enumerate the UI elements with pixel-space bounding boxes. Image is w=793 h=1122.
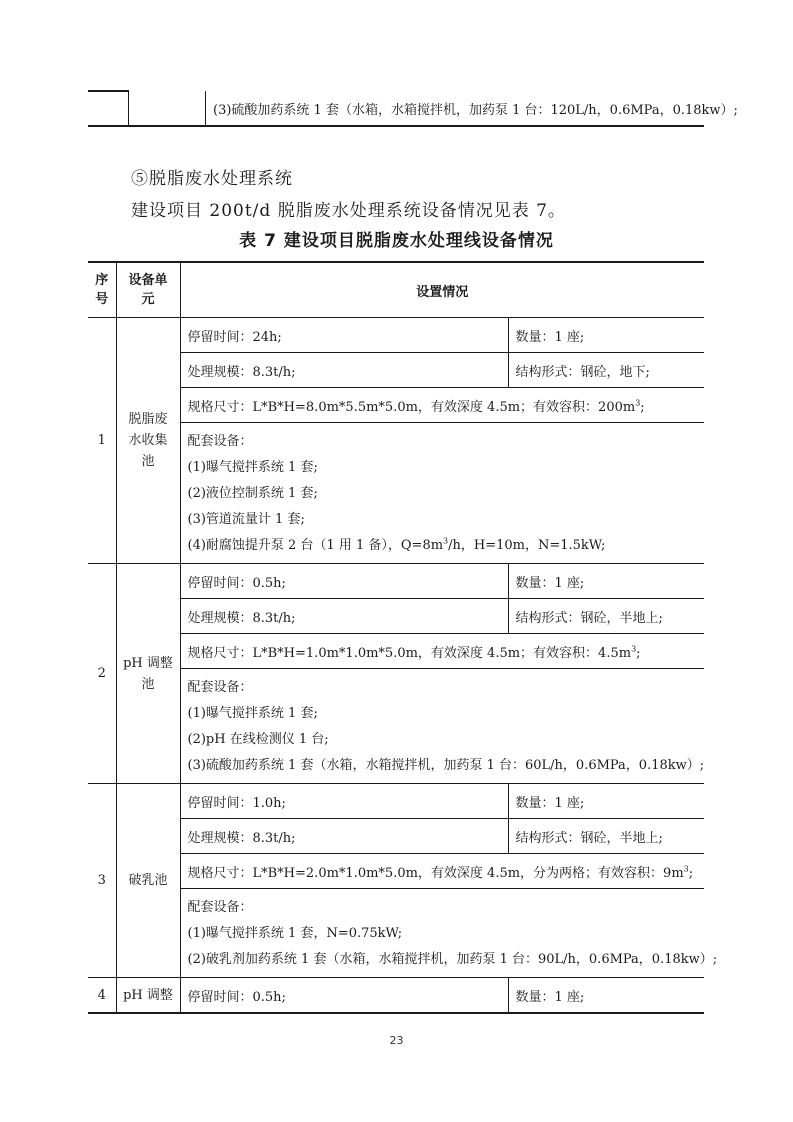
header-unit-line1: 设备单 xyxy=(117,271,180,290)
quantity: 数量：1 座; xyxy=(508,318,704,353)
residence-time: 停留时间：0.5h; xyxy=(180,978,508,1014)
unit-name: 破乳池 xyxy=(116,784,180,978)
quantity: 数量：1 座; xyxy=(508,564,704,599)
unit-no: 2 xyxy=(88,564,116,784)
equipment-item: (1)曝气搅拌系统 1 套; xyxy=(188,455,705,481)
table-row: 配套设备： (1)曝气搅拌系统 1 套，N=0.75kW; (2)破乳剂加药系统… xyxy=(88,889,704,978)
table-row: 3 破乳池 停留时间：1.0h; 数量：1 座; xyxy=(88,784,704,819)
unit-name-line: 池 xyxy=(117,674,180,695)
quantity: 数量：1 座; xyxy=(508,978,704,1014)
section-paragraph: 建设项目 200t/d 脱脂废水处理系统设备情况见表 7。 xyxy=(131,196,566,221)
header-no-line2: 号 xyxy=(88,290,116,309)
equipment-item: (2)破乳剂加药系统 1 套（水箱，水箱搅拌机，加药泵 1 台：90L/h，0.… xyxy=(188,947,705,973)
structure: 结构形式：钢砼，半地上; xyxy=(508,819,704,854)
structure: 结构形式：钢砼，地下; xyxy=(508,353,704,388)
dimensions-text: 规格尺寸：L*B*H=1.0m*1.0m*5.0m，有效深度 4.5m；有效容积… xyxy=(188,646,632,661)
equipment-title: 配套设备： xyxy=(188,675,705,701)
equipment-title: 配套设备： xyxy=(188,429,705,455)
table-row: 配套设备： (1)曝气搅拌系统 1 套; (2)pH 在线检测仪 1 台; (3… xyxy=(88,669,704,784)
dimensions-suffix: ; xyxy=(689,866,693,881)
unit-no: 1 xyxy=(88,318,116,564)
equipment-item: (2)pH 在线检测仪 1 台; xyxy=(188,727,705,753)
table-row: 规格尺寸：L*B*H=8.0m*5.5m*5.0m，有效深度 4.5m；有效容积… xyxy=(88,388,704,423)
unit-name-line: pH 调整 xyxy=(117,985,180,1006)
table-caption: 表 7 建设项目脱脂废水处理线设备情况 xyxy=(0,226,793,251)
quantity: 数量：1 座; xyxy=(508,784,704,819)
section-heading: ⑤脱脂废水处理系统 xyxy=(131,164,293,189)
header-settings: 设置情况 xyxy=(180,262,704,318)
unit-name: 脱脂废 水收集 池 xyxy=(116,318,180,564)
unit-no: 3 xyxy=(88,784,116,978)
dimensions: 规格尺寸：L*B*H=8.0m*5.5m*5.0m，有效深度 4.5m；有效容积… xyxy=(180,388,704,423)
equipment-list: 配套设备： (1)曝气搅拌系统 1 套; (2)pH 在线检测仪 1 台; (3… xyxy=(180,669,704,784)
residence-time: 停留时间：1.0h; xyxy=(180,784,508,819)
continuation-text-cell: (3)硫酸加药系统 1 套（水箱，水箱搅拌机，加药泵 1 台：120L/h，0.… xyxy=(206,91,705,126)
table-row: 处理规模：8.3t/h; 结构形式：钢砼，半地上; xyxy=(88,819,704,854)
header-unit-line2: 元 xyxy=(117,290,180,309)
unit-name-line: 池 xyxy=(117,451,180,472)
table-row: 处理规模：8.3t/h; 结构形式：钢砼，地下; xyxy=(88,353,704,388)
dimensions-suffix: ; xyxy=(640,400,644,415)
continuation-table: (3)硫酸加药系统 1 套（水箱，水箱搅拌机，加药泵 1 台：120L/h，0.… xyxy=(88,90,704,127)
table-row: 规格尺寸：L*B*H=1.0m*1.0m*5.0m，有效深度 4.5m；有效容积… xyxy=(88,634,704,669)
equipment-item: (3)管道流量计 1 套; xyxy=(188,507,705,533)
capacity: 处理规模：8.3t/h; xyxy=(180,819,508,854)
dimensions: 规格尺寸：L*B*H=2.0m*1.0m*5.0m，有效深度 4.5m，分为两格… xyxy=(180,854,704,889)
unit-no: 4 xyxy=(88,978,116,1014)
dimensions: 规格尺寸：L*B*H=1.0m*1.0m*5.0m，有效深度 4.5m；有效容积… xyxy=(180,634,704,669)
equipment-item: (1)曝气搅拌系统 1 套; xyxy=(188,701,705,727)
continuation-row: (3)硫酸加药系统 1 套（水箱，水箱搅拌机，加药泵 1 台：120L/h，0.… xyxy=(88,91,704,126)
equipment-list: 配套设备： (1)曝气搅拌系统 1 套，N=0.75kW; (2)破乳剂加药系统… xyxy=(180,889,704,978)
dimensions-text: 规格尺寸：L*B*H=8.0m*5.5m*5.0m，有效深度 4.5m；有效容积… xyxy=(188,400,636,415)
table-row: 2 pH 调整 池 停留时间：0.5h; 数量：1 座; xyxy=(88,564,704,599)
dimensions-text: 规格尺寸：L*B*H=2.0m*1.0m*5.0m，有效深度 4.5m，分为两格… xyxy=(188,866,684,881)
header-no: 序 号 xyxy=(88,262,116,318)
table-row: 4 pH 调整 停留时间：0.5h; 数量：1 座; xyxy=(88,978,704,1014)
equipment-item-text: (4)耐腐蚀提升泵 2 台（1 用 1 备），Q=8m xyxy=(188,538,444,553)
dimensions-suffix: ; xyxy=(636,646,640,661)
equipment-title: 配套设备： xyxy=(188,895,705,921)
table-row: 规格尺寸：L*B*H=2.0m*1.0m*5.0m，有效深度 4.5m，分为两格… xyxy=(88,854,704,889)
table-header-row: 序 号 设备单 元 设置情况 xyxy=(88,262,704,318)
capacity: 处理规模：8.3t/h; xyxy=(180,353,508,388)
table-row: 1 脱脂废 水收集 池 停留时间：24h; 数量：1 座; xyxy=(88,318,704,353)
equipment-table: 序 号 设备单 元 设置情况 1 脱脂废 水收集 池 停留时间：24h; 数量：… xyxy=(88,261,704,1014)
structure: 结构形式：钢砼，半地上; xyxy=(508,599,704,634)
capacity: 处理规模：8.3t/h; xyxy=(180,599,508,634)
equipment-item: (4)耐腐蚀提升泵 2 台（1 用 1 备），Q=8m3/h，H=10m，N=1… xyxy=(188,533,705,559)
continuation-no-cell xyxy=(88,91,129,126)
continuation-unit-cell xyxy=(129,91,206,126)
residence-time: 停留时间：24h; xyxy=(180,318,508,353)
unit-name-line: 水收集 xyxy=(117,430,180,451)
table-row: 处理规模：8.3t/h; 结构形式：钢砼，半地上; xyxy=(88,599,704,634)
equipment-item-suffix: /h，H=10m，N=1.5kW; xyxy=(448,538,605,553)
table-row: 配套设备： (1)曝气搅拌系统 1 套; (2)液位控制系统 1 套; (3)管… xyxy=(88,423,704,564)
unit-name: pH 调整 池 xyxy=(116,564,180,784)
document-page: (3)硫酸加药系统 1 套（水箱，水箱搅拌机，加药泵 1 台：120L/h，0.… xyxy=(0,0,793,1122)
page-number: 23 xyxy=(0,1034,793,1047)
header-unit: 设备单 元 xyxy=(116,262,180,318)
unit-name-line: pH 调整 xyxy=(117,653,180,674)
residence-time: 停留时间：0.5h; xyxy=(180,564,508,599)
equipment-item: (3)硫酸加药系统 1 套（水箱，水箱搅拌机，加药泵 1 台：60L/h，0.6… xyxy=(188,753,705,779)
header-no-line1: 序 xyxy=(88,271,116,290)
equipment-item: (2)液位控制系统 1 套; xyxy=(188,481,705,507)
unit-name-line: 脱脂废 xyxy=(117,409,180,430)
unit-name: pH 调整 xyxy=(116,978,180,1014)
equipment-item: (1)曝气搅拌系统 1 套，N=0.75kW; xyxy=(188,921,705,947)
equipment-list: 配套设备： (1)曝气搅拌系统 1 套; (2)液位控制系统 1 套; (3)管… xyxy=(180,423,704,564)
unit-name-line: 破乳池 xyxy=(117,870,180,891)
